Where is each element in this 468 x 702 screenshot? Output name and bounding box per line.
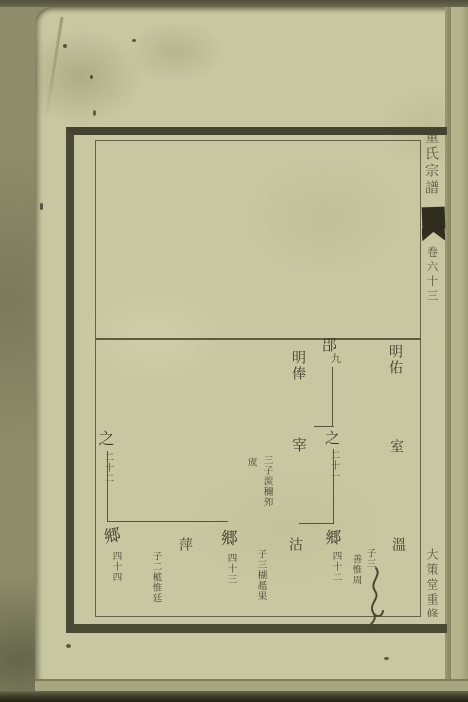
branch-ref-right: 之	[324, 430, 339, 447]
name-ming-feng: 明俸	[291, 350, 305, 382]
annotation-wen-side: 善惟周	[351, 554, 361, 586]
inner-frame	[95, 140, 421, 617]
name-ming-you: 明佑	[388, 344, 402, 376]
scanned-page: 董氏宗譜 卷六十三 大策堂重修 明佑 郘 九 明俸 室 之 二十一 宰 三子湠穪…	[0, 0, 468, 702]
page-ref-44-num: 四十四	[111, 551, 121, 583]
connector-line-vertical	[332, 367, 333, 427]
page-ref-43-num: 四十三	[226, 553, 236, 585]
ink-speck	[40, 203, 43, 210]
name-shao-jiu-num: 九	[330, 353, 341, 365]
annotation-zai-side: 宬	[246, 457, 256, 468]
name-wen: 溫	[391, 537, 405, 553]
name-shi: 室	[389, 439, 403, 455]
ink-speck	[384, 657, 389, 660]
page-ref-44: 郷	[99, 526, 119, 548]
name-zai: 宰	[291, 437, 306, 454]
name-ping: 萍	[178, 537, 192, 553]
annotation-ping-sons: 子二㭽惟廷	[151, 551, 161, 604]
ink-speck	[66, 644, 71, 648]
annotation-gu-sons: 子三楜赿果	[256, 549, 266, 602]
ink-speck	[132, 39, 136, 42]
handwritten-flourish	[362, 566, 386, 632]
page-ref-42: 郷	[324, 529, 340, 547]
annotation-zai-sons: 三子湠穪夘	[262, 455, 272, 508]
branch-ref-right-num: 二十一	[329, 450, 339, 482]
underlying-page-strip	[451, 7, 468, 685]
section-divider-line	[96, 338, 421, 340]
connector-line-horizontal	[107, 521, 228, 522]
page-ref-43: 郷	[218, 529, 235, 548]
ink-speck	[63, 44, 67, 48]
branch-ref-left: 之	[97, 430, 113, 448]
branch-ref-left-num: 二十二	[103, 452, 113, 484]
ink-speck	[93, 110, 96, 116]
connector-line-horizontal	[299, 523, 334, 524]
scanner-bed-bottom	[0, 691, 468, 702]
page-ref-42-num: 四十二	[331, 551, 341, 583]
name-gu: 沽	[288, 537, 302, 553]
name-shao-jiu: 郘	[321, 337, 336, 354]
connector-line-horizontal	[314, 426, 334, 427]
scanner-bed-top	[0, 0, 468, 7]
ink-speck	[90, 75, 93, 79]
